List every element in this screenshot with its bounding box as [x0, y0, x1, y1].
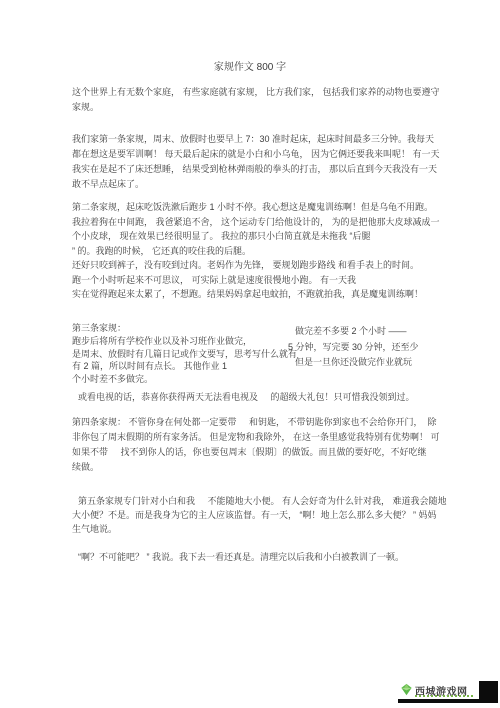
paragraph-intro: 这个世界上有无数个家庭， 有些家庭就有家规， 比方我们家， 包括我们家养的动物也… — [72, 85, 440, 115]
text-line: 实在觉得跑起来太累了，不想跑。结果妈妈拿起电蚊拍，不跑就拍我，真是魔鬼训练啊！ — [72, 287, 440, 302]
watermark-microtext-line — [415, 695, 473, 697]
paragraph-rule3: 第三条家规： 跑步后将所有学校作业以及补习班作业做完， 是周末、放假时有几篇日记… — [72, 322, 440, 388]
text-line: 个小时差不多做完。 — [72, 373, 440, 386]
text-line: 敢不早点起床了。 — [72, 177, 440, 192]
text-line: 非你包了周末假期的所有家务活。 但是宠物和我除外， 在这一条里感觉我特别有优势啊… — [72, 430, 440, 445]
paragraph-rule3-tail: 或看电视的话，恭喜你获得两天无法看电视及 的超级大礼包！只可惜我没领到过。 — [72, 390, 440, 405]
text-line: 大小便？不是。而是我身为它的主人应该监督。有一天， “啊！地上怎么那么多大便？ … — [72, 508, 440, 522]
paragraph-rule1: 我们家第一条家规，周末、放假时也要早上 7：30 准时起床，起床时间最多三分钟。… — [72, 132, 440, 192]
green-gem-icon — [400, 683, 413, 696]
text-line: 家规。 — [72, 100, 440, 115]
watermark-label: 西城游戏网 — [398, 681, 479, 699]
text-line: 但是一旦你还没做完作业就玩 — [295, 355, 419, 371]
text-line: “啊？不可能吧？ ” 我说。我下去一看还真是。清理完以后我和小白被教训了一顿。 — [72, 550, 440, 565]
text-line: 做完差不多要 2 个小时 —— — [295, 324, 419, 340]
text-line: 跑一个小时听起来不可思议， 可实际上就是速度很慢地小跑。 有一天我 — [72, 273, 440, 288]
text-line: 还好只咬到裤子，没有咬到过肉。老妈作为先锋， 要规划跑步路线 和看手表上的时间。 — [72, 258, 440, 273]
site-watermark: 西城游戏网 — [398, 681, 498, 703]
paragraph-rule4: 第四条家规： 不管你身在何处都一定要带 和钥匙， 不带钥匙你到家也不会给你开门，… — [72, 415, 440, 475]
text-line: 5 分钟，写完要 30 分钟，还至少 — [288, 340, 419, 356]
text-line: 个小皮球， 现在效果已经很明显了。 我拉的那只小白简直就是未拖我 “后腿 — [72, 229, 440, 244]
text-line: 续做。 — [72, 460, 440, 475]
text-line: 我拉着狗在中间跑， 我爸紧追不舍， 这个运动专门给他设计的， 为的是把他那大皮球… — [72, 215, 440, 230]
text-line: 我实在是起不了床还想睡， 结果受到枪林弹雨般的拳头的打击， 那以后直到今天我没有… — [72, 162, 440, 177]
text-line: 这个世界上有无数个家庭， 有些家庭就有家规， 比方我们家， 包括我们家养的动物也… — [72, 85, 440, 100]
document-page: 家规作文 800 字 这个世界上有无数个家庭， 有些家庭就有家规， 比方我们家，… — [0, 0, 500, 708]
text-line: 都在想这是要军训啊！ 每天最后起床的就是小白和小乌龟， 因为它俩还要我来叫呢！ … — [72, 147, 440, 162]
text-line: 或看电视的话，恭喜你获得两天无法看电视及 的超级大礼包！只可惜我没领到过。 — [72, 390, 440, 405]
essay-title: 家规作文 800 字 — [0, 58, 500, 73]
paragraph-rule5: 第五条家规专门针对小白和我 不能随地大小便。 有人会好奇为什么针对我， 难道我会… — [72, 494, 440, 536]
text-line: ” 的。我跑的时候， 它还真的咬住我的后腿。 — [72, 244, 440, 259]
paragraph-ending: “啊？不可能吧？ ” 我说。我下去一看还真是。清理完以后我和小白被教训了一顿。 — [72, 550, 440, 565]
text-line: 生气地说。 — [72, 522, 440, 536]
text-line: 第二条家规，起床吃饭洗漱后跑步 1 小时不停。我心想这是魔鬼训练啊！但是乌龟不用… — [72, 200, 440, 215]
text-line: 如果不带 找不到你人的话，你也要包周末〔假期〕的做饭。而且做的要好吃，不好吃继 — [72, 445, 440, 460]
text-line: 第四条家规： 不管你身在何处都一定要带 和钥匙， 不带钥匙你到家也不会给你开门，… — [72, 415, 440, 430]
text-line: 我们家第一条家规，周末、放假时也要早上 7：30 准时起床，起床时间最多三分钟。… — [72, 132, 440, 147]
rule3-right-column: 做完差不多要 2 个小时 —— 5 分钟，写完要 30 分钟，还至少 但是一旦你… — [295, 324, 419, 371]
text-line: 第五条家规专门针对小白和我 不能随地大小便。 有人会好奇为什么针对我， 难道我会… — [72, 494, 440, 508]
paragraph-rule2: 第二条家规，起床吃饭洗漱后跑步 1 小时不停。我心想这是魔鬼训练啊！但是乌龟不用… — [72, 200, 440, 302]
